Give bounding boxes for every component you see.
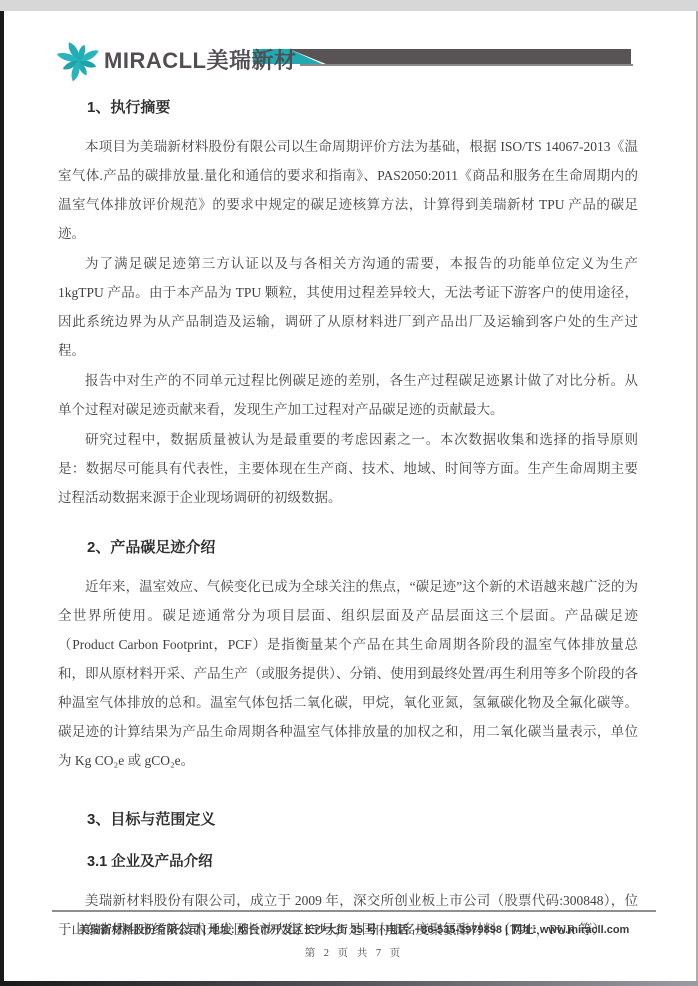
- paragraph: 近年来，温室效应、气候变化已成为全球关注的焦点，“碳足迹”这个新的术语越来越广泛…: [58, 572, 638, 775]
- footer-divider: [52, 910, 656, 912]
- section-heading-1: 1、执行摘要: [58, 96, 638, 117]
- subsection-heading-3-1: 3.1 企业及产品介绍: [58, 850, 638, 871]
- header-banner-shadow: [300, 64, 633, 66]
- page-left-edge: [0, 11, 4, 986]
- paragraph: 本项目为美瑞新材料股份有限公司以生命周期评价方法为基础，根据 ISO/TS 14…: [58, 132, 638, 248]
- section-heading-3: 3、目标与范围定义: [58, 808, 638, 829]
- section-heading-2: 2、产品碳足迹介绍: [58, 536, 638, 557]
- company-logo: MIRACLL美瑞新材: [52, 33, 296, 85]
- paragraph: 研究过程中，数据质量被认为是最重要的考虑因素之一。本次数据收集和选择的指导原则是…: [58, 425, 638, 512]
- document-body: 1、执行摘要 本项目为美瑞新材料股份有限公司以生命周期评价方法为基础，根据 IS…: [58, 96, 638, 945]
- page-bottom-edge: [0, 981, 698, 986]
- footer-company-info: 美瑞新材料股份有限公司 | 地址: 烟台市开发区长沙大街 35 号 | 电话: …: [52, 921, 656, 937]
- document-page: MIRACLL美瑞新材 1、执行摘要 本项目为美瑞新材料股份有限公司以生命周期评…: [0, 11, 698, 986]
- paragraph: 报告中对生产的不同单元过程比例碳足迹的差别，各生产过程碳足迹累计做了对比分析。从…: [58, 366, 638, 424]
- leaf-star-icon: [52, 33, 102, 85]
- page-number-indicator: 第 2 页 共 7 页: [52, 945, 656, 960]
- page-footer: 美瑞新材料股份有限公司 | 地址: 烟台市开发区长沙大街 35 号 | 电话: …: [52, 910, 656, 960]
- page-top-margin: [0, 0, 698, 11]
- brand-text: MIRACLL美瑞新材: [104, 44, 296, 75]
- paragraph: 为了满足碳足迹第三方认证以及与各相关方沟通的需要，本报告的功能单位定义为生产 1…: [58, 249, 638, 365]
- header-banner-gray-shape: [289, 49, 631, 64]
